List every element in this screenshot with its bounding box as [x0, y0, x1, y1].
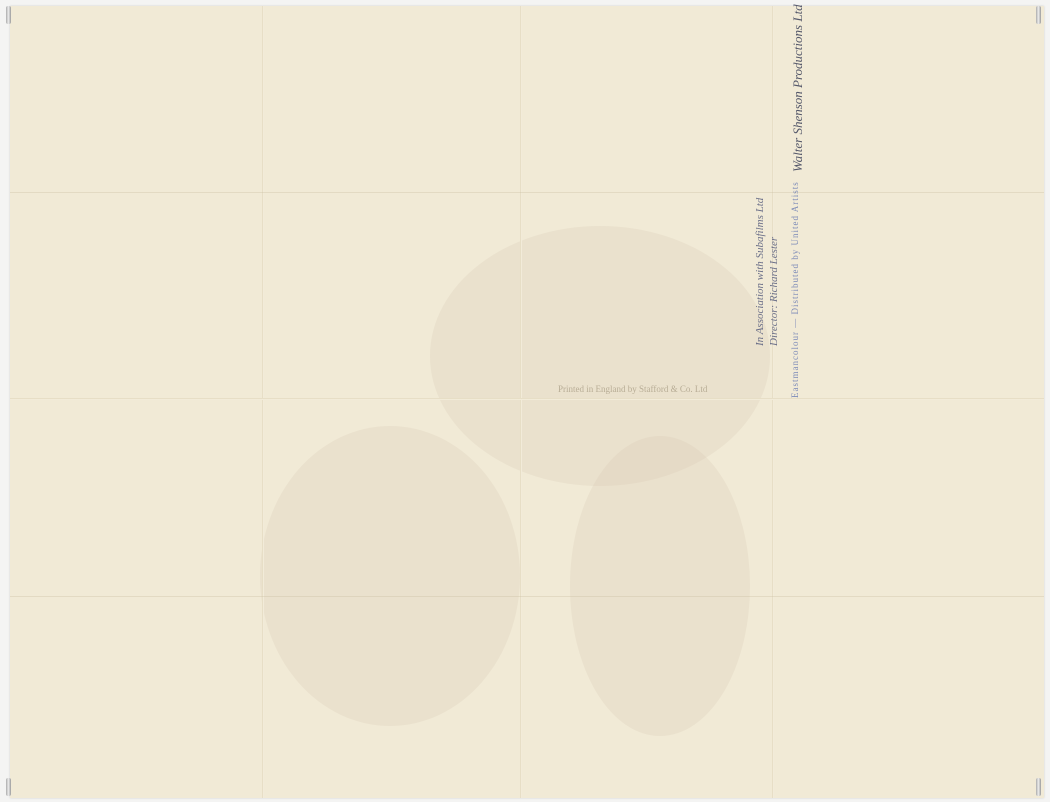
crease-upper	[10, 192, 1044, 193]
fold-line-horizontal	[10, 398, 1044, 400]
pin-bottom-left	[6, 778, 11, 796]
show-through-figure	[260, 426, 520, 726]
poster-back: Walter Shenson Productions Ltd In Associ…	[10, 6, 1044, 798]
handwritten-note-middle-1: In Association with Subafilms Ltd	[754, 198, 766, 346]
pin-bottom-right	[1036, 778, 1041, 796]
fold-line-vertical-1	[262, 6, 264, 798]
fold-line-vertical-2	[520, 6, 522, 798]
crease-lower	[10, 596, 1044, 597]
pin-top-right	[1036, 6, 1041, 24]
handwritten-note-top-right: Walter Shenson Productions Ltd	[790, 4, 806, 172]
show-through-figure-2	[570, 436, 750, 736]
pin-top-left	[6, 6, 11, 24]
handwritten-note-middle-2: Director: Richard Lester	[768, 237, 780, 346]
handwritten-note-bottom: Printed in England by Stafford & Co. Ltd	[558, 384, 707, 394]
show-through-artwork	[430, 226, 770, 486]
handwritten-note-blue: Eastmancolour — Distributed by United Ar…	[790, 181, 800, 398]
fold-line-vertical-3	[772, 6, 774, 798]
